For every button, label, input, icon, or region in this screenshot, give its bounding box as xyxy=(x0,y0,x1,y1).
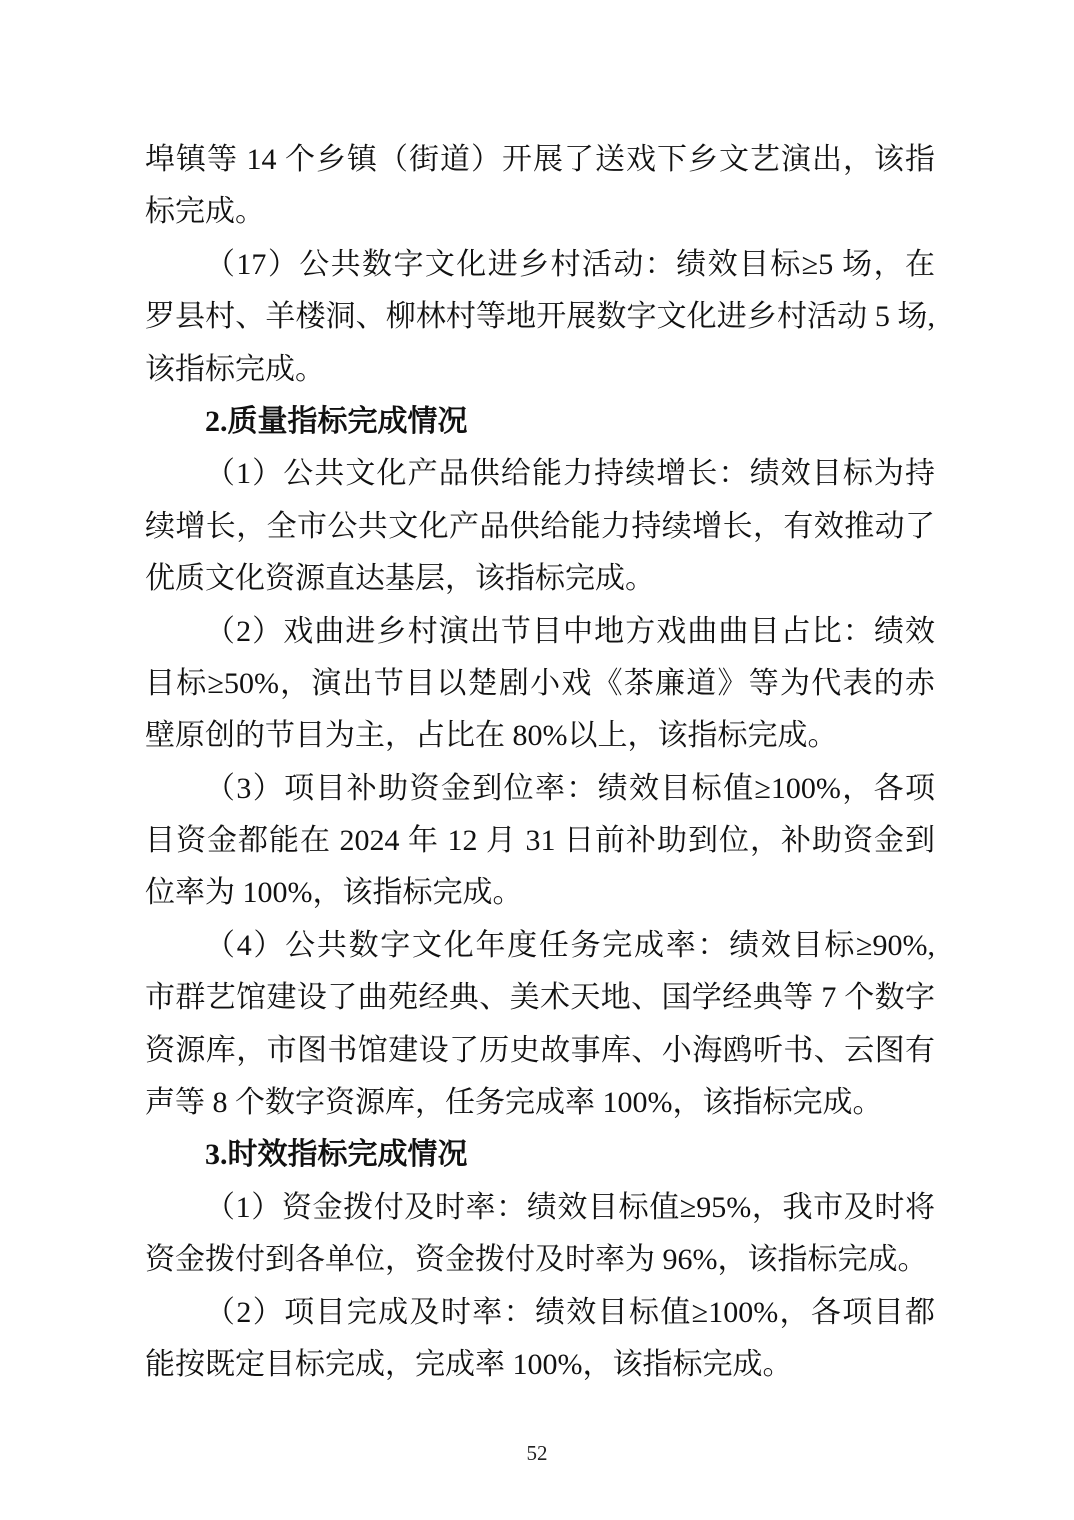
text-line: 能按既定目标完成，完成率 100%，该指标完成。 xyxy=(145,1339,935,1391)
text-line: （2）戏曲进乡村演出节目中地方戏曲曲目占比：绩效 xyxy=(145,606,935,658)
text-line: （1）资金拨付及时率：绩效目标值≥95%，我市及时将 xyxy=(145,1182,935,1234)
text-line: 声等 8 个数字资源库，任务完成率 100%，该指标完成。 xyxy=(145,1077,935,1129)
text-line: 市群艺馆建设了曲苑经典、美术天地、国学经典等 7 个数字 xyxy=(145,972,935,1024)
text-line: 续增长，全市公共文化产品供给能力持续增长，有效推动了 xyxy=(145,501,935,553)
text-line: 罗县村、羊楼洞、柳林村等地开展数字文化进乡村活动 5 场, xyxy=(145,291,935,343)
section-heading: 2.质量指标完成情况 xyxy=(145,396,935,448)
text-line: 标完成。 xyxy=(145,186,935,238)
document-body: 埠镇等 14 个乡镇（街道）开展了送戏下乡文艺演出，该指标完成。（17）公共数字… xyxy=(145,134,935,1391)
text-line: 优质文化资源直达基层，该指标完成。 xyxy=(145,553,935,605)
text-line: （3）项目补助资金到位率：绩效目标值≥100%，各项 xyxy=(145,763,935,815)
text-line: （2）项目完成及时率：绩效目标值≥100%，各项目都 xyxy=(145,1287,935,1339)
text-line: 资金拨付到各单位，资金拨付及时率为 96%，该指标完成。 xyxy=(145,1234,935,1286)
text-line: 该指标完成。 xyxy=(145,344,935,396)
text-line: （1）公共文化产品供给能力持续增长：绩效目标为持 xyxy=(145,448,935,500)
text-line: 埠镇等 14 个乡镇（街道）开展了送戏下乡文艺演出，该指 xyxy=(145,134,935,186)
page-number: 52 xyxy=(0,1441,1074,1466)
text-line: 资源库，市图书馆建设了历史故事库、小海鸥听书、云图有 xyxy=(145,1025,935,1077)
text-line: （4）公共数字文化年度任务完成率：绩效目标≥90%, xyxy=(145,920,935,972)
text-line: （17）公共数字文化进乡村活动：绩效目标≥5 场，在 xyxy=(145,239,935,291)
text-line: 壁原创的节目为主，占比在 80%以上，该指标完成。 xyxy=(145,710,935,762)
text-line: 目标≥50%，演出节目以楚剧小戏《茶廉道》等为代表的赤 xyxy=(145,658,935,710)
text-line: 位率为 100%，该指标完成。 xyxy=(145,867,935,919)
text-line: 目资金都能在 2024 年 12 月 31 日前补助到位，补助资金到 xyxy=(145,815,935,867)
section-heading: 3.时效指标完成情况 xyxy=(145,1129,935,1181)
